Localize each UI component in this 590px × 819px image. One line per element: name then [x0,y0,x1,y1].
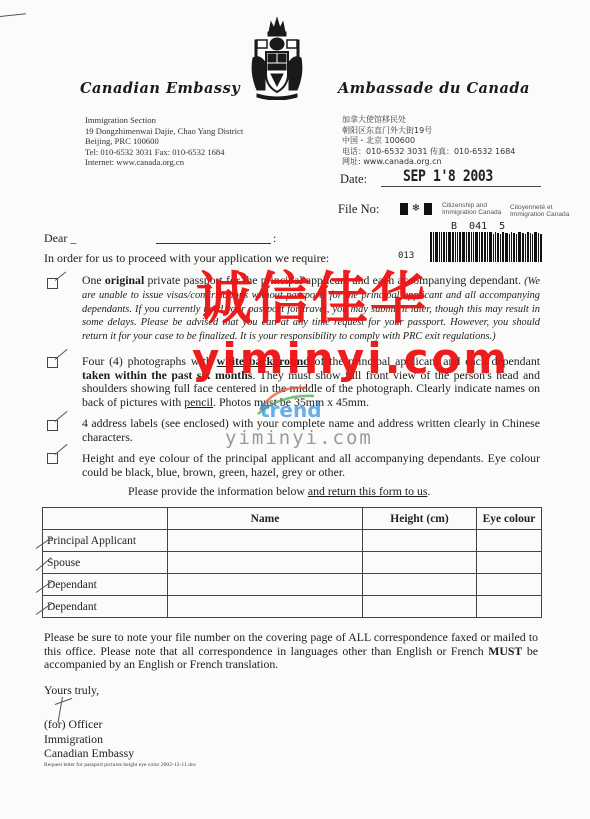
check-mark-icon [55,271,67,280]
barcode-bar [513,233,515,262]
date-label: Date: [340,172,367,187]
req-bold: original [105,273,144,287]
barcode-bar [522,233,524,262]
checkbox-height-eye[interactable] [47,453,58,464]
embassy-name-english: Canadian Embassy [80,80,240,97]
date-underline [381,186,541,187]
note-text: Please be sure to note your file number … [44,630,538,658]
barcode-bar [462,232,465,262]
closing-yours: Yours truly, [44,684,99,698]
salutation-blank [156,243,271,244]
barcode-bar [466,232,467,262]
table-intro-text: Please provide the information below [128,484,308,498]
barcode-bar [516,234,517,262]
barcode-bar [481,232,483,262]
barcode-bar [534,232,537,262]
barcode-bar [509,234,510,262]
dept-line: Immigration Canada [510,211,569,218]
barcode [430,232,585,262]
watermark-url-large: yiminyi.com [192,336,510,382]
date-value: SEP 1'8 2003 [403,166,493,185]
dept-english: Citizenship and Immigration Canada [442,202,501,217]
barcode-bar [443,232,445,262]
barcode-bar [538,233,539,262]
col-header-name: Name [168,508,363,530]
entry-cell[interactable] [168,574,363,596]
barcode-bar [487,232,488,262]
entry-cell[interactable] [363,530,477,552]
dept-line: Citoyenneté et [510,204,569,211]
table-intro-text: . [427,484,430,498]
barcode-bar [525,234,526,262]
barcode-bar [518,232,521,262]
barcode-bar [435,232,438,262]
signer-org: Canadian Embassy [44,746,134,761]
table-row: Spouse [43,552,542,574]
entry-cell[interactable] [168,552,363,574]
table-row: Dependant [43,596,542,618]
barcode-bar [500,234,501,262]
entry-cell[interactable] [363,574,477,596]
barcode-bar [468,232,470,262]
table-intro-underlined: and return this form to us [308,484,428,498]
row-label: Dependant [43,596,168,618]
address-line: Internet: www.canada.org.cn [85,157,243,168]
pen-mark [0,13,26,17]
dept-line: Citizenship and [442,202,501,209]
barcode-bar [441,232,442,262]
address-line: Beijing, PRC 100600 [85,136,243,147]
salutation: Dear _ [44,231,76,246]
barcode-bar [489,232,492,262]
req-text-part: pencil [184,395,213,409]
address-line: 中国・北京 100600 [342,136,515,147]
watermark-brand: trend [260,398,322,422]
col-header-blank [43,508,168,530]
document-footer: Request letter for passport pictures hei… [44,762,196,768]
barcode-bar [495,232,496,262]
barcode-bar [532,234,533,262]
canada-flag-icon: ❄ [400,203,432,215]
col-header-eye-colour: Eye colour [477,508,542,530]
barcode-bar [473,232,474,262]
requirement-height-eye: Height and eye colour of the principal a… [82,452,540,479]
entry-cell[interactable] [477,574,542,596]
req-text: One [82,273,105,287]
salutation-colon: : [273,231,276,246]
row-label: Spouse [43,552,168,574]
address-line: 电话：010-6532 3031 传真：010-6532 1684 [342,147,515,158]
col-header-height: Height (cm) [363,508,477,530]
address-line: Tel: 010-6532 3031 Fax: 010-6532 1684 [85,147,243,158]
watermark-url-small: yiminyi.com [225,427,373,449]
barcode-bar [511,232,512,262]
entry-cell[interactable] [477,530,542,552]
barcode-bar [479,232,480,262]
table-header-row: Name Height (cm) Eye colour [43,508,542,530]
note-bold: MUST [488,644,522,658]
barcode-prefix: 013 [398,251,414,261]
signer-dept: Immigration [44,732,134,747]
barcode-bar [455,232,456,262]
barcode-bar [446,232,447,262]
barcode-bar [493,234,494,262]
chinese-address: 加拿大使馆移民处 朝阳区东直门外大街19号 中国・北京 100600 电话：01… [342,115,515,168]
barcode-bar [484,232,486,262]
signature-mark [55,698,72,705]
file-number-note: Please be sure to note your file number … [44,631,538,672]
check-mark-icon [55,411,68,422]
barcode-bar [471,232,472,262]
table-row: Principal Applicant [43,530,542,552]
dept-line: Immigration Canada [442,209,501,216]
barcode-number: B 041 5 [451,221,505,232]
address-line: 19 Dongzhimenwai Dajie, Chao Yang Distri… [85,126,243,137]
barcode-bar [502,232,504,262]
barcode-bar [530,233,531,262]
address-line: 朝阳区东直门外大街19号 [342,126,515,137]
file-no-label: File No: [338,202,379,217]
signature-block: (for) Officer Immigration Canadian Embas… [44,717,134,761]
entry-cell[interactable] [477,596,542,618]
entry-cell[interactable] [168,596,363,618]
entry-cell[interactable] [168,530,363,552]
check-mark-icon [55,444,68,455]
checkbox-address-labels[interactable] [47,420,58,431]
barcode-bar [448,232,451,262]
barcode-bar [497,233,499,262]
barcode-bar [430,232,432,262]
watermark-chinese: 诚信佳华 [196,270,428,330]
barcode-bar [505,233,508,262]
entry-cell[interactable] [363,552,477,574]
dept-french: Citoyenneté et Immigration Canada [510,204,569,219]
barcode-bar [475,232,478,262]
address-line: 加拿大使馆移民处 [342,115,515,126]
entry-cell[interactable] [363,596,477,618]
barcode-bar [433,232,434,262]
row-label: Principal Applicant [43,530,168,552]
row-label: Dependant [43,574,168,596]
english-address: Immigration Section 19 Dongzhimenwai Daj… [85,115,243,168]
coat-of-arms-icon [247,14,307,100]
applicant-info-table: Name Height (cm) Eye colour Principal Ap… [42,507,542,618]
embassy-name-french: Ambassade du Canada [338,80,530,97]
entry-cell[interactable] [477,552,542,574]
barcode-bar [457,232,458,262]
check-mark-icon [55,349,68,360]
barcode-bar [459,232,461,262]
barcode-bar [439,232,440,262]
table-row: Dependant [43,574,542,596]
barcode-bar [540,234,542,262]
barcode-bar [527,232,529,262]
table-intro: Please provide the information below and… [128,485,430,499]
barcode-bar [452,232,454,262]
address-line: Immigration Section [85,115,243,126]
intro-text: In order for us to proceed with your app… [44,252,329,266]
